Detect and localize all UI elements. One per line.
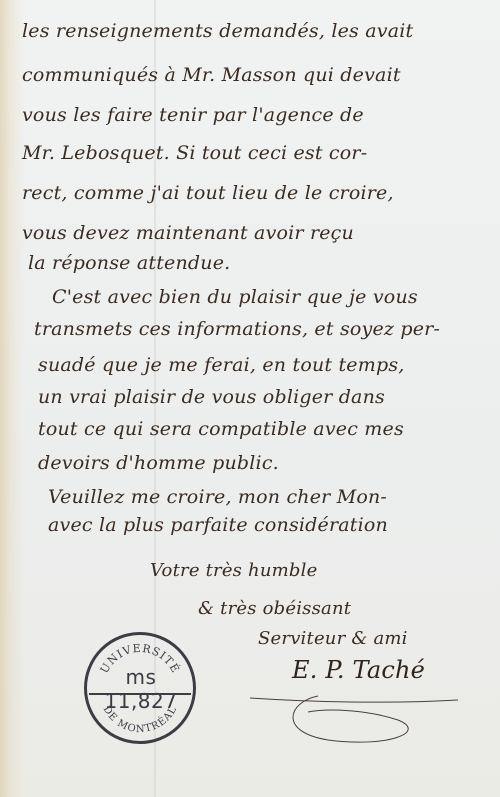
stamp-divider [89,693,191,695]
body-line: les renseignements demandés, les avait [22,20,413,42]
body-line: la réponse attendue. [28,252,230,274]
body-line: Mr. Lebosquet. Si tout ceci est cor- [22,142,367,164]
body-line: devoirs d'homme public. [38,452,279,474]
body-line: suadé que je me ferai, en tout temps, [38,354,405,376]
body-line: communiqués à Mr. Masson qui devait [22,64,401,86]
letter-page: les renseignements demandés, les avait c… [0,0,500,797]
catalog-number: ms 11,827 [93,665,189,713]
signature-flourish-icon [248,692,468,762]
signature: E. P. Taché [292,656,425,684]
body-line: vous devez maintenant avoir reçu [22,222,354,244]
body-line: tout ce qui sera compatible avec mes [38,418,404,440]
body-line: avec la plus parfaite considération [48,514,388,536]
body-line: Veuillez me croire, mon cher Mon- [48,486,387,508]
closing-line: Serviteur & ami [258,628,408,649]
body-line: transmets ces informations, et soyez per… [34,318,440,340]
body-line: vous les faire tenir par l'agence de [22,104,364,126]
body-line: C'est avec bien du plaisir que je vous [52,286,418,308]
body-line: rect, comme j'ai tout lieu de le croire, [22,182,394,204]
body-line: un vrai plaisir de vous obliger dans [38,386,385,408]
university-stamp: UNIVERSITÉ DE MONTRÉAL ms 11,827 [84,632,196,744]
closing-line: & très obéissant [198,598,351,619]
closing-line: Votre très humble [150,560,317,581]
